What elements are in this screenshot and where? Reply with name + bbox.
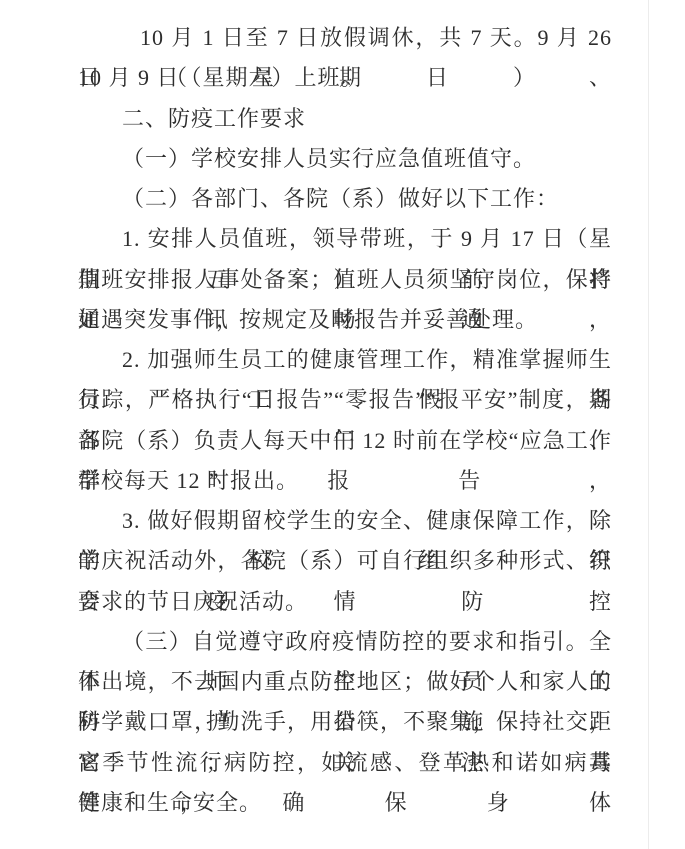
doc-line section-heading: 二、防疫工作要求 bbox=[78, 99, 612, 139]
doc-line: 的庆祝活动外，各院（系）可自行组织多种形式、符合疫情防控 bbox=[78, 541, 612, 581]
document-page: 10 月 1 日至 7 日放假调休，共 7 天。9 月 26 日（星期日）、 1… bbox=[0, 0, 685, 849]
doc-line: 不出境，不去国内重点防控地区；做好个人和家人的防护措施， bbox=[78, 662, 612, 702]
doc-line: （三）自觉遵守政府疫情防控的要求和指引。全体师生员工 bbox=[78, 622, 612, 662]
doc-line: 各院（系）负责人每天中午 12 时前在学校“应急工作群”报告， bbox=[78, 421, 612, 461]
doc-line: （二）各部门、各院（系）做好以下工作： bbox=[78, 179, 612, 219]
doc-line: 3. 做好假期留校学生的安全、健康保障工作，除学校组织 bbox=[78, 501, 612, 541]
doc-line: 行踪，严格执行“日报告”“零报告”“报平安”制度，各部门、 bbox=[78, 380, 612, 420]
document-text-block: 10 月 1 日至 7 日放假调休，共 7 天。9 月 26 日（星期日）、 1… bbox=[78, 18, 612, 823]
doc-line: （一）学校安排人员实行应急值班值守。 bbox=[78, 139, 612, 179]
doc-line: 2. 加强师生员工的健康管理工作，精准掌握师生员工假期 bbox=[78, 340, 612, 380]
doc-line: 科学戴口罩，勤洗手，用公筷，不聚集，保持社交距离；关注其 bbox=[78, 702, 612, 742]
scan-artifact-line bbox=[648, 0, 649, 849]
doc-line: 10 月 1 日至 7 日放假调休，共 7 天。9 月 26 日（星期日）、 bbox=[78, 18, 612, 58]
doc-line: 如遇突发事件，按规定及时报告并妥善处理。 bbox=[78, 300, 612, 340]
doc-line: 它季节性流行病防控，如流感、登革热和诺如病毒等，确保身体 bbox=[78, 743, 612, 783]
doc-line: 值班安排报人事处备案；值班人员须坚守岗位，保持通讯畅通， bbox=[78, 260, 612, 300]
doc-line: 1. 安排人员值班，领导带班，于 9 月 17 日（星期五）前将 bbox=[78, 219, 612, 259]
